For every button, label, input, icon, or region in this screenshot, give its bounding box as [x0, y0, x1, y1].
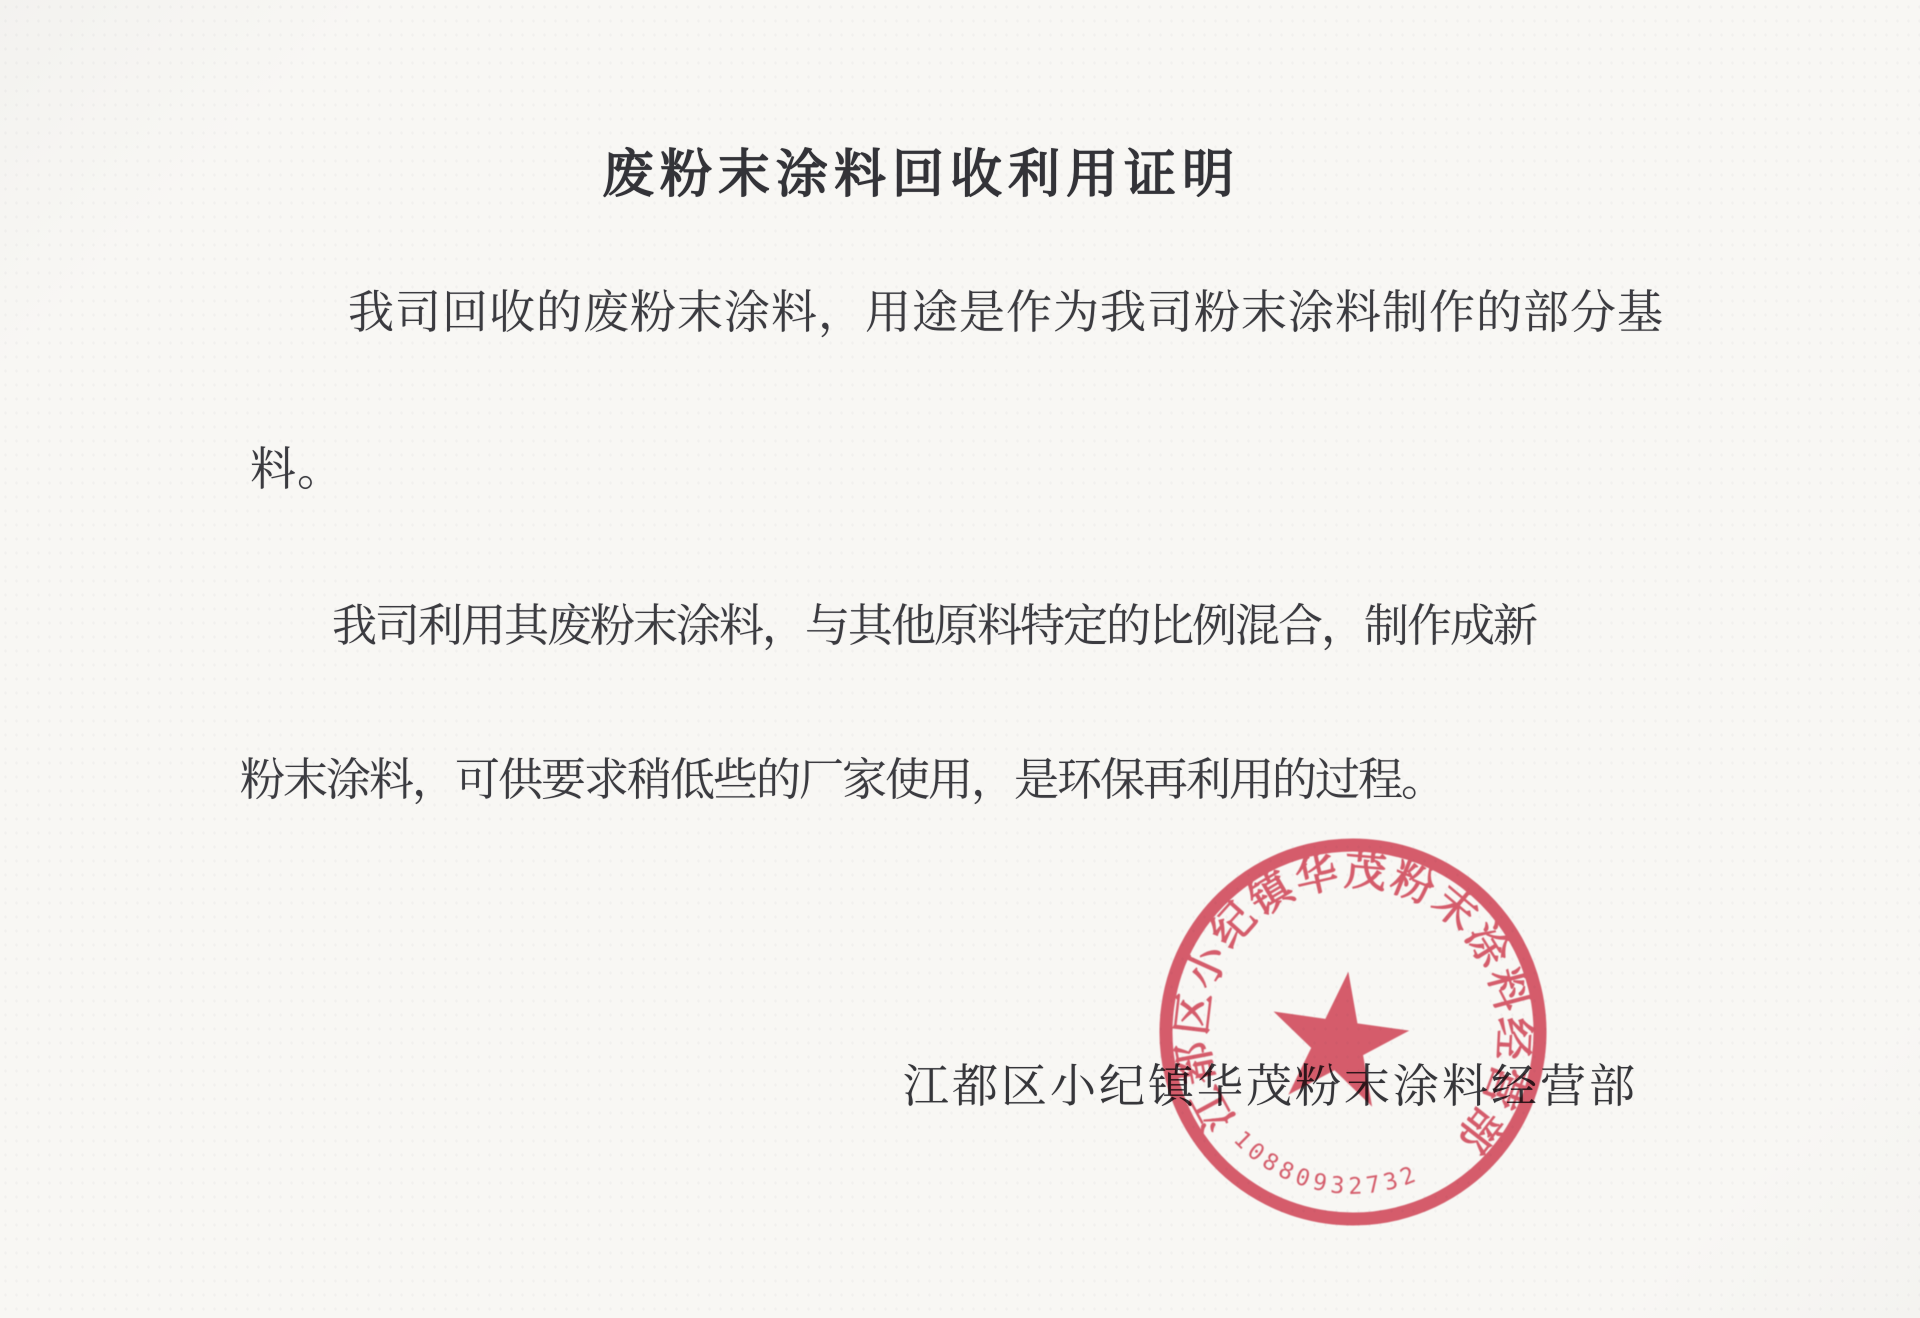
- document-title: 废粉末涂料回收利用证明: [602, 150, 1240, 202]
- scanned-certificate-page: 废粉末涂料回收利用证明 我司回收的废粉末涂料，用途是作为我司粉末涂料制作的部分基…: [0, 0, 1920, 1318]
- seal-ring-text: 江都区小纪镇华茂粉末涂料经营部: [1155, 824, 1561, 1182]
- body-line-2: 料。: [250, 447, 344, 493]
- body-line-4: 粉末涂料，可供要求稍低些的厂家使用，是环保再利用的过程。: [240, 758, 1444, 803]
- body-line-3: 我司利用其废粉末涂料，与其他原料特定的比例混合，制作成新: [332, 604, 1536, 649]
- body-line-1: 我司回收的废粉末涂料，用途是作为我司粉末涂料制作的部分基: [348, 290, 1664, 336]
- company-seal-stamp: 江都区小纪镇华茂粉末涂料经营部 10880932732: [1128, 807, 1578, 1257]
- seal-star-icon: [1262, 962, 1416, 1110]
